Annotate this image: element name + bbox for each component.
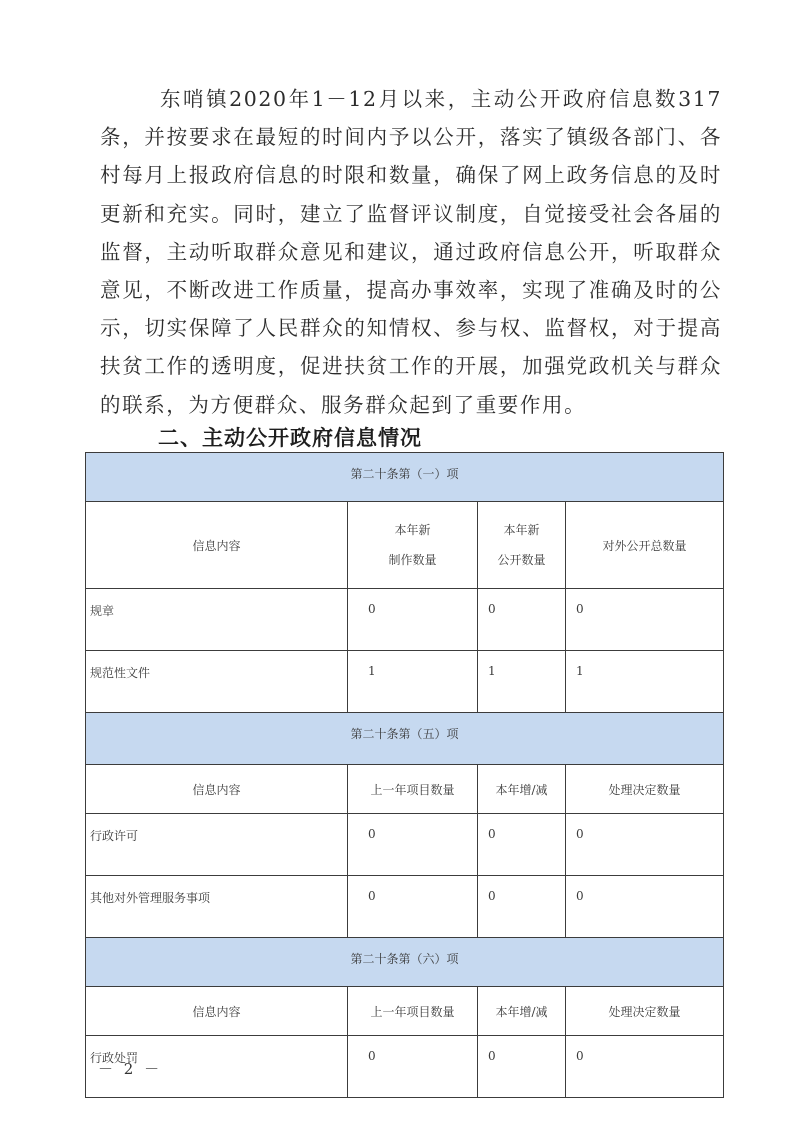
table-row: 行政处罚 0 0 0 bbox=[86, 1036, 724, 1098]
cell-value: 0 bbox=[478, 814, 566, 876]
column-header-row: 信息内容 上一年项目数量 本年增/减 处理决定数量 bbox=[86, 987, 724, 1036]
cell-value: 1 bbox=[348, 651, 478, 713]
section-band: 第二十条第（一）项 bbox=[86, 453, 724, 502]
cell-value: 0 bbox=[348, 876, 478, 938]
row-label: 其他对外管理服务事项 bbox=[86, 876, 348, 938]
column-header: 本年增/减 bbox=[478, 765, 566, 814]
info-disclosure-table: 第二十条第（一）项 信息内容 本年新 制作数量 本年新 公开数量 对外公开总数量… bbox=[85, 452, 724, 1098]
cell-value: 0 bbox=[478, 1036, 566, 1098]
row-label: 行政许可 bbox=[86, 814, 348, 876]
column-header-line: 本年新 bbox=[348, 515, 477, 545]
cell-value: 0 bbox=[348, 814, 478, 876]
table-row: 行政许可 0 0 0 bbox=[86, 814, 724, 876]
cell-value: 0 bbox=[566, 1036, 724, 1098]
column-header: 本年新 公开数量 bbox=[478, 502, 566, 589]
column-header: 信息内容 bbox=[86, 987, 348, 1036]
row-label: 规范性文件 bbox=[86, 651, 348, 713]
table-row: 规章 0 0 0 bbox=[86, 589, 724, 651]
column-header-line: 制作数量 bbox=[348, 545, 477, 575]
column-header: 本年增/减 bbox=[478, 987, 566, 1036]
column-header-row: 信息内容 本年新 制作数量 本年新 公开数量 对外公开总数量 bbox=[86, 502, 724, 589]
column-header: 上一年项目数量 bbox=[348, 765, 478, 814]
cell-value: 0 bbox=[566, 876, 724, 938]
cell-value: 0 bbox=[566, 814, 724, 876]
body-paragraph: 东哨镇2020年1－12月以来，主动公开政府信息数317条，并按要求在最短的时间… bbox=[100, 80, 722, 424]
column-header-line: 本年新 bbox=[478, 515, 565, 545]
cell-value: 0 bbox=[348, 589, 478, 651]
cell-value: 1 bbox=[478, 651, 566, 713]
table-row: 其他对外管理服务事项 0 0 0 bbox=[86, 876, 724, 938]
section-heading: 二、主动公开政府信息情况 bbox=[158, 422, 422, 452]
cell-value: 1 bbox=[566, 651, 724, 713]
column-header-line: 公开数量 bbox=[478, 545, 565, 575]
column-header: 信息内容 bbox=[86, 765, 348, 814]
page-number: － 2 － bbox=[98, 1058, 162, 1079]
column-header: 处理决定数量 bbox=[566, 765, 724, 814]
section-band: 第二十条第（六）项 bbox=[86, 938, 724, 987]
column-header: 信息内容 bbox=[86, 502, 348, 589]
section-title: 第二十条第（六）项 bbox=[86, 938, 723, 967]
column-header: 处理决定数量 bbox=[566, 987, 724, 1036]
cell-value: 0 bbox=[478, 589, 566, 651]
row-label: 规章 bbox=[86, 589, 348, 651]
section-title: 第二十条第（五）项 bbox=[86, 713, 723, 742]
table-row: 规范性文件 1 1 1 bbox=[86, 651, 724, 713]
cell-value: 0 bbox=[348, 1036, 478, 1098]
column-header: 对外公开总数量 bbox=[566, 502, 724, 589]
column-header: 本年新 制作数量 bbox=[348, 502, 478, 589]
section-band: 第二十条第（五）项 bbox=[86, 713, 724, 765]
column-header: 上一年项目数量 bbox=[348, 987, 478, 1036]
cell-value: 0 bbox=[478, 876, 566, 938]
cell-value: 0 bbox=[566, 589, 724, 651]
column-header-row: 信息内容 上一年项目数量 本年增/减 处理决定数量 bbox=[86, 765, 724, 814]
section-title: 第二十条第（一）项 bbox=[86, 453, 723, 482]
